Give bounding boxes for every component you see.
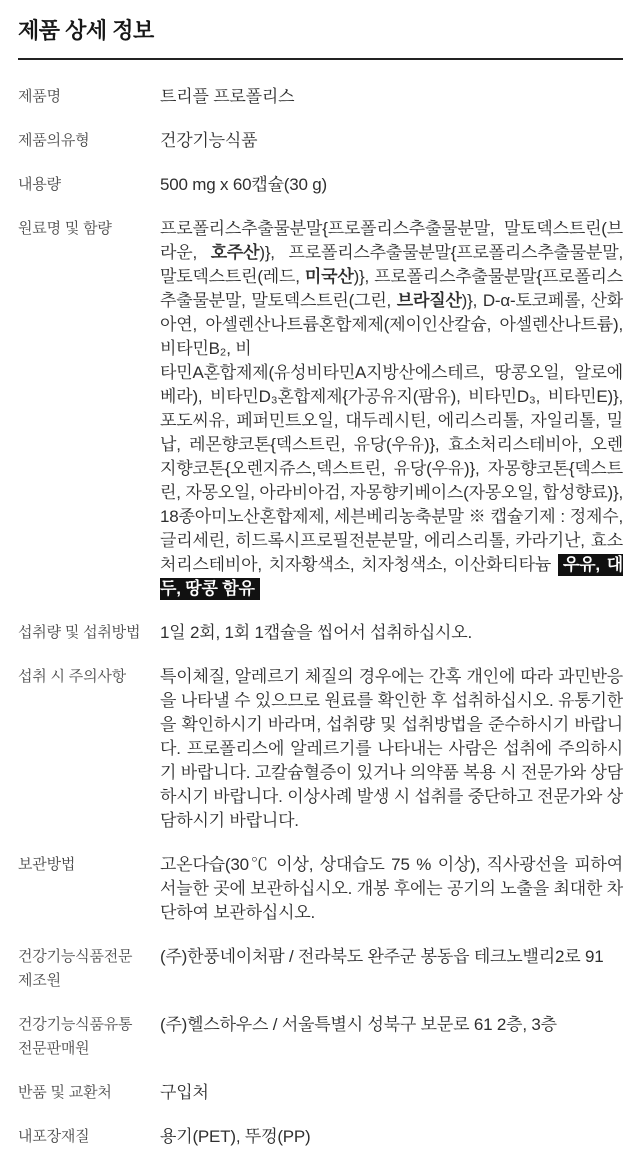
row-value: 용기(PET), 뚜껑(PP) (160, 1125, 623, 1149)
row-storage: 보관방법 고온다습(30℃ 이상, 상대습도 75 % 이상), 직사광선을 피… (18, 853, 623, 925)
row-label: 섭취 시 주의사항 (18, 665, 160, 689)
row-value: 구입처 (160, 1081, 623, 1105)
row-value-ingredients: 프로폴리스추출물분말{프로폴리스추출물분말, 말토덱스트린(브라운, 호주산)}… (160, 217, 623, 601)
row-label: 원료명 및 함량 (18, 217, 160, 241)
product-detail-page: 제품 상세 정보 제품명 트리플 프로폴리스 제품의유형 건강기능식품 내용량 … (0, 0, 641, 1175)
row-label: 보관방법 (18, 853, 160, 877)
row-product-name: 제품명 트리플 프로폴리스 (18, 85, 623, 109)
row-value: 트리플 프로폴리스 (160, 85, 623, 109)
row-dosage: 섭취량 및 섭취방법 1일 2회, 1회 1캡슐을 씹어서 섭취하십시오. (18, 621, 623, 645)
row-label: 제품명 (18, 85, 160, 109)
row-inner-packaging: 내포장재질 용기(PET), 뚜껑(PP) (18, 1125, 623, 1149)
row-ingredients: 원료명 및 함량 프로폴리스추출물분말{프로폴리스추출물분말, 말토덱스트린(브… (18, 217, 623, 601)
page-title: 제품 상세 정보 (18, 14, 623, 45)
row-distributor: 건강기능식품유통 전문판매원 (주)헬스하우스 / 서울특별시 성북구 보문로 … (18, 1013, 623, 1061)
row-value: (주)헬스하우스 / 서울특별시 성북구 보문로 61 2층, 3층 (160, 1013, 623, 1037)
row-label: 내포장재질 (18, 1125, 160, 1149)
row-label: 건강기능식품전문 제조원 (18, 945, 160, 993)
row-net-content: 내용량 500 mg x 60캡슐(30 g) (18, 173, 623, 197)
row-precautions: 섭취 시 주의사항 특이체질, 알레르기 체질의 경우에는 간혹 개인에 따라 … (18, 665, 623, 833)
row-label: 섭취량 및 섭취방법 (18, 621, 160, 645)
row-label: 건강기능식품유통 전문판매원 (18, 1013, 160, 1061)
row-returns-exchange: 반품 및 교환처 구입처 (18, 1081, 623, 1105)
row-value: 특이체질, 알레르기 체질의 경우에는 간혹 개인에 따라 과민반응을 나타낼 … (160, 665, 623, 833)
row-value: 고온다습(30℃ 이상, 상대습도 75 % 이상), 직사광선을 피하여 서늘… (160, 853, 623, 925)
row-value: 500 mg x 60캡슐(30 g) (160, 173, 623, 197)
product-detail-table: 제품명 트리플 프로폴리스 제품의유형 건강기능식품 내용량 500 mg x … (18, 85, 623, 1149)
row-value: 1일 2회, 1회 1캡슐을 씹어서 섭취하십시오. (160, 621, 623, 645)
row-value: 건강기능식품 (160, 129, 623, 153)
row-label: 반품 및 교환처 (18, 1081, 160, 1105)
row-label: 내용량 (18, 173, 160, 197)
row-manufacturer: 건강기능식품전문 제조원 (주)한풍네이처팜 / 전라북도 완주군 봉동읍 테크… (18, 945, 623, 993)
row-label: 제품의유형 (18, 129, 160, 153)
title-divider (18, 58, 623, 60)
row-value: (주)한풍네이처팜 / 전라북도 완주군 봉동읍 테크노밸리2로 91 (160, 945, 623, 969)
row-product-type: 제품의유형 건강기능식품 (18, 129, 623, 153)
